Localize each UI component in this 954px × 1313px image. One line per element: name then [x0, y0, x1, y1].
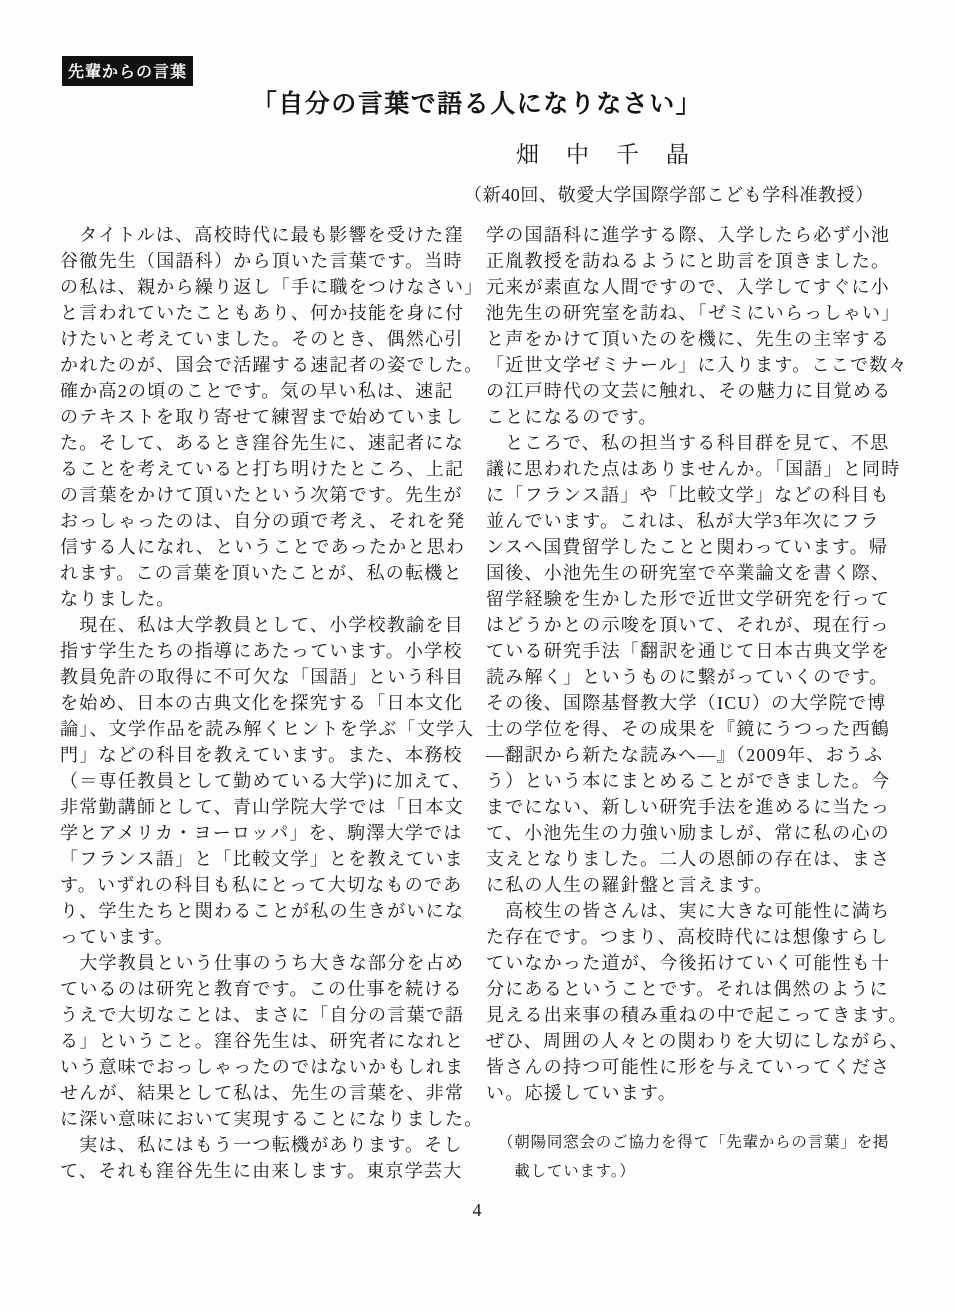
text-line: 見える出来事の積み重ねの中で起こってきます。	[486, 1002, 896, 1028]
text-line: 指す学生たちの指導にあたっています。小学校	[60, 638, 470, 664]
text-line: て、小池先生の力強い励ましが、常に私の心の	[486, 820, 896, 846]
text-line: る」ということ。窪谷先生は、研究者になれと	[60, 1028, 470, 1054]
text-line: 論」、文学作品を読み解くヒントを学ぶ「文学入	[60, 716, 470, 742]
text-line: タイトルは、高校時代に最も影響を受けた窪	[60, 222, 470, 248]
text-line: の私は、親から繰り返し「手に職をつけなさい」	[60, 274, 470, 300]
text-line: す。いずれの科目も私にとって大切なものであ	[60, 872, 470, 898]
text-line: を始め、日本の古典文化を探究する「日本文化	[60, 690, 470, 716]
text-line: り、学生たちと関わることが私の生きがいにな	[60, 898, 470, 924]
text-line: 留学経験を生かした形で近世文学研究を行って	[486, 586, 896, 612]
section-tag: 先輩からの言葉	[62, 56, 193, 86]
text-line: 門」などの科目を教えています。また、本務校	[60, 742, 470, 768]
text-line: の江戸時代の文芸に触れ、その魅力に目覚める	[486, 378, 896, 404]
text-line: た存在です。つまり、高校時代には想像すらし	[486, 924, 896, 950]
text-line: いう意味でおっしゃったのではないかもしれま	[60, 1054, 470, 1080]
text-line: れます。この言葉を頂いたことが、私の転機と	[60, 560, 470, 586]
text-line: （＝専任教員として勤めている大学)に加えて、	[60, 768, 470, 794]
text-line: 載しています。）	[498, 1157, 918, 1186]
author-name: 畑 中 千 晶	[516, 136, 691, 169]
text-line: せんが、結果として私は、先生の言葉を、非常	[60, 1080, 470, 1106]
text-line: に私の人生の羅針盤と言えます。	[486, 872, 896, 898]
text-line: た。そして、あるとき窪谷先生に、速記者にな	[60, 430, 470, 456]
text-line: 池先生の研究室を訪ね、「ゼミにいらっしゃい」	[486, 300, 896, 326]
text-line: 信する人になれ、ということであったかと思わ	[60, 534, 470, 560]
text-line: はどうかとの示唆を頂いて、それが、現在行っ	[486, 612, 896, 638]
editorial-note: （朝陽同窓会のご協力を得て「先輩からの言葉」を掲 載しています。）	[498, 1128, 918, 1186]
text-line: 教員免許の取得に不可欠な「国語」という科目	[60, 664, 470, 690]
text-line: に深い意味において実現することになりました。	[60, 1106, 470, 1132]
text-line: 非常勤講師として、青山学院大学では「日本文	[60, 794, 470, 820]
text-line: 学とアメリカ・ヨーロッパ」を、駒澤大学では	[60, 820, 470, 846]
text-line: 正胤教授を訪ねるようにと助言を頂きました。	[486, 248, 896, 274]
text-line: なりました。	[60, 586, 470, 612]
text-line: のテキストを取り寄せて練習まで始めていまし	[60, 404, 470, 430]
scanned-page: 先輩からの言葉 「自分の言葉で語る人になりなさい」 畑 中 千 晶 （新40回、…	[0, 0, 954, 1313]
text-line: 士の学位を得、その成果を『鏡にうつった西鶴	[486, 716, 896, 742]
text-line: と声をかけて頂いたのを機に、先生の主宰する	[486, 326, 896, 352]
text-line: 並んでいます。これは、私が大学3年次にフラ	[486, 508, 896, 534]
text-line: 学の国語科に進学する際、入学したら必ず小池	[486, 222, 896, 248]
text-line: 現在、私は大学教員として、小学校教諭を目	[60, 612, 470, 638]
text-line: ている研究手法「翻訳を通じて日本古典文学を	[486, 638, 896, 664]
text-line: 確か高2の頃のことです。気の早い私は、速記	[60, 378, 470, 404]
text-line: ていなかった道が、今後拓けていく可能性も十	[486, 950, 896, 976]
text-line: 高校生の皆さんは、実に大きな可能性に満ち	[486, 898, 896, 924]
text-line: 「近世文学ゼミナール」に入ります。ここで数々	[486, 352, 896, 378]
text-line: 分にあるということです。それは偶然のように	[486, 976, 896, 1002]
text-line: い。応援しています。	[486, 1080, 896, 1106]
text-line: 元来が素直な人間ですので、入学してすぐに小	[486, 274, 896, 300]
text-line: けたいと考えていました。そのとき、偶然心引	[60, 326, 470, 352]
page-number: 4	[0, 1200, 954, 1221]
text-line: う）という本にまとめることができました。今	[486, 768, 896, 794]
text-line: ることを考えていると打ち明けたところ、上記	[60, 456, 470, 482]
left-column: タイトルは、高校時代に最も影響を受けた窪谷徹先生（国語科）から頂いた言葉です。当…	[60, 222, 470, 1184]
text-line: ぜひ、周囲の人々との関わりを大切にしながら、	[486, 1028, 896, 1054]
text-line: ―翻訳から新たな読みへ―』（2009年、おうふ	[486, 742, 896, 768]
right-column: 学の国語科に進学する際、入学したら必ず小池正胤教授を訪ねるようにと助言を頂きまし…	[486, 222, 896, 1106]
text-line: 国後、小池先生の研究室で卒業論文を書く際、	[486, 560, 896, 586]
text-line: て、それも窪谷先生に由来します。東京学芸大	[60, 1158, 470, 1184]
text-line: かれたのが、国会で活躍する速記者の姿でした。	[60, 352, 470, 378]
text-line: に「フランス語」や「比較文学」などの科目も	[486, 482, 896, 508]
text-line: その後、国際基督教大学（ICU）の大学院で博	[486, 690, 896, 716]
text-line: （朝陽同窓会のご協力を得て「先輩からの言葉」を掲	[498, 1128, 918, 1157]
text-line: 議に思われた点はありませんか。「国語」と同時	[486, 456, 896, 482]
text-line: 谷徹先生（国語科）から頂いた言葉です。当時	[60, 248, 470, 274]
text-line: っています。	[60, 924, 470, 950]
text-line: の言葉をかけて頂いたという次第です。先生が	[60, 482, 470, 508]
text-line: ンスへ国費留学したことと関わっています。帰	[486, 534, 896, 560]
text-line: 皆さんの持つ可能性に形を与えていってくださ	[486, 1054, 896, 1080]
text-line: 「フランス語」と「比較文学」とを教えていま	[60, 846, 470, 872]
text-line: 支えとなりました。二人の恩師の存在は、まさ	[486, 846, 896, 872]
text-line: ところで、私の担当する科目群を見て、不思	[486, 430, 896, 456]
text-line: 実は、私にはもう一つ転機があります。そし	[60, 1132, 470, 1158]
author-affiliation: （新40回、敬愛大学国際学部こども学科准教授）	[464, 181, 874, 207]
text-line: 大学教員という仕事のうち大きな部分を占め	[60, 950, 470, 976]
text-line: と言われていたこともあり、何か技能を身に付	[60, 300, 470, 326]
text-line: うえで大切なことは、まさに「自分の言葉で語	[60, 1002, 470, 1028]
article-title: 「自分の言葉で語る人になりなさい」	[0, 84, 954, 120]
text-line: ことになるのです。	[486, 404, 896, 430]
text-line: 読み解く」というものに繋がっていくのです。	[486, 664, 896, 690]
text-line: ているのは研究と教育です。この仕事を続ける	[60, 976, 470, 1002]
text-line: までにない、新しい研究手法を進めるに当たっ	[486, 794, 896, 820]
text-line: おっしゃったのは、自分の頭で考え、それを発	[60, 508, 470, 534]
